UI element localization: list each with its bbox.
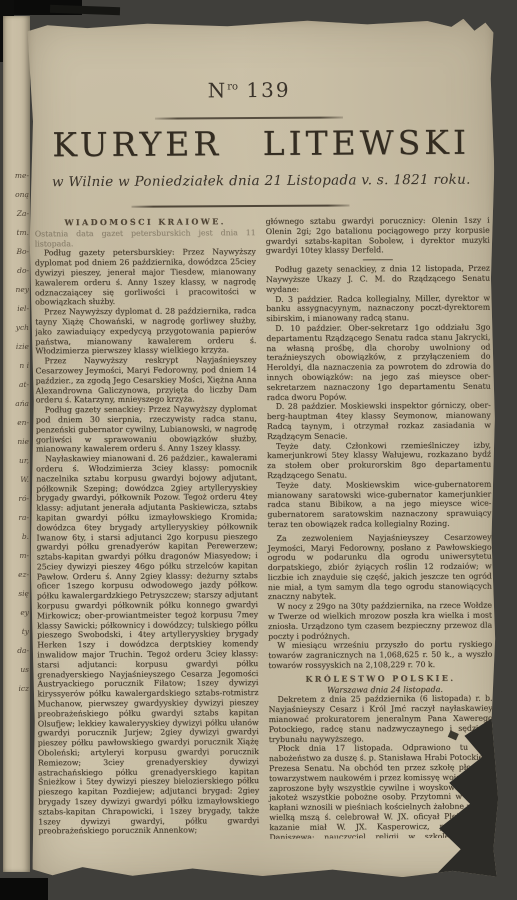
margin-fragment: ró- (5, 489, 29, 508)
issue-prefix: N (208, 78, 228, 102)
paragraph: Podług gazety senackiey, z dnia 12 listo… (266, 264, 490, 295)
paragraph: Przez Naywyższy reskrypt Nayjaśnieyszey … (35, 355, 256, 405)
margin-fragment: izie (5, 337, 29, 356)
margin-fragment: at- (5, 375, 29, 394)
margin-fragment: ańa (5, 394, 29, 413)
margin-fragment: tm. (5, 223, 29, 242)
margin-fragment: m- (5, 546, 29, 565)
margin-fragment: us (5, 660, 29, 679)
decree-paragraph: D. 10 paździer. Ober-sekretarz 1go oddzi… (266, 323, 490, 403)
margin-fragment: me- (5, 166, 29, 185)
issue-digits: 139 (246, 78, 290, 102)
lede-line: Ostatnia data gazet petersburskich jest … (35, 228, 256, 249)
decree-paragraph: Teyże daty. Moskiewskim wice-gubernatore… (267, 479, 491, 529)
scan-background: me-onąZa-tm.Bo-do-neyiel-ychizien iat-ań… (0, 0, 517, 900)
paragraph: Przez Naywyższy dyplomat d. 28 październ… (35, 306, 256, 356)
margin-fragment: nie (5, 432, 29, 451)
margin-fragment: ych (5, 318, 29, 337)
margin-fragment: W. (5, 470, 29, 489)
decree-paragraph: D. 3 paździer. Radca kollegialny, Miller… (266, 293, 490, 324)
issue-rule (155, 117, 343, 120)
paragraph: Dekretem z dnia 25 października (6 listo… (269, 694, 493, 744)
margin-fragment: ra- (5, 508, 29, 527)
margin-fragment: n i (5, 356, 29, 375)
column-right: głównego sztabu gwardyi porucznicy: Olen… (266, 216, 494, 839)
margin-fragment: ey (5, 603, 29, 622)
margin-fragment: icz (5, 679, 29, 698)
paragraph: Nayłaskawiey mianowani d. 26 paździer., … (36, 453, 259, 836)
margin-fragment: Za- (5, 204, 29, 223)
decree-paragraph: D. 28 paździer. Moskiewski inspektor gór… (267, 401, 491, 442)
paragraph: Podług gazety petersburskiey: Przez Nayw… (35, 247, 256, 307)
news-paragraph: W miesiącu wrześniu przyszło do portu ry… (268, 640, 492, 671)
short-divider-rule (363, 259, 393, 260)
margin-fragment: da- (5, 641, 29, 660)
paragraph: Podług gazety senackiey: Przez Naywyższy… (36, 404, 257, 454)
margin-fragment: do- (5, 261, 29, 280)
section-header-krolestwo: KRÓLESTWO POLSKIE. (268, 673, 492, 684)
margin-fragment: iel- (5, 299, 29, 318)
margin-fragment: się (5, 584, 29, 603)
masthead-dateline: w Wilnie w Poniedziałek dnia 21 Listopad… (28, 172, 494, 191)
adjacent-page-fold-strip: me-onąZa-tm.Bo-do-neyiel-ychizien iat-ań… (3, 16, 30, 872)
dateline-rule (132, 204, 350, 207)
section-header-wiadomosci: WIADOMOŚCI KRAIOWE. (35, 217, 256, 228)
issue-number: Nro 139 (28, 77, 471, 104)
news-paragraph: Za zezwoleniem Nayjaśnieyszey Cesarzowey… (268, 532, 492, 602)
column-left: WIADOMOŚCI KRAIOWE. Ostatnia data gazet … (35, 217, 260, 840)
margin-fragment: Bo- (5, 242, 29, 261)
continuation-paragraph: głównego sztabu gwardyi porucznicy: Olen… (266, 216, 490, 257)
margin-fragment: ty (5, 622, 29, 641)
margin-fragment: ur, (5, 451, 29, 470)
newspaper-page: Nro 139 KURYER LITEWSKI w Wilnie w Ponie… (27, 19, 498, 880)
decree-paragraph: Teyże daty. Członkowi rzemieślniczey izb… (267, 440, 491, 481)
newspaper-title: KURYER LITEWSKI (28, 123, 494, 165)
issue-superscript: ro (227, 81, 238, 92)
margin-fragment: ney (5, 280, 29, 299)
margin-fragment: oną (5, 185, 29, 204)
masthead: Nro 139 KURYER LITEWSKI w Wilnie w Ponie… (27, 19, 493, 22)
margin-fragment: en- (5, 413, 29, 432)
body-columns: WIADOMOŚCI KRAIOWE. Ostatnia data gazet … (35, 216, 494, 841)
scanner-black-corner-bottom (0, 878, 48, 900)
margin-text-fragments: me-onąZa-tm.Bo-do-neyiel-ychizien iat-ań… (5, 166, 29, 698)
margin-fragment: b. (5, 527, 29, 546)
news-paragraph: W nocy z 29go na 30ty października, na r… (268, 601, 492, 642)
margin-fragment: ez- (5, 565, 29, 584)
